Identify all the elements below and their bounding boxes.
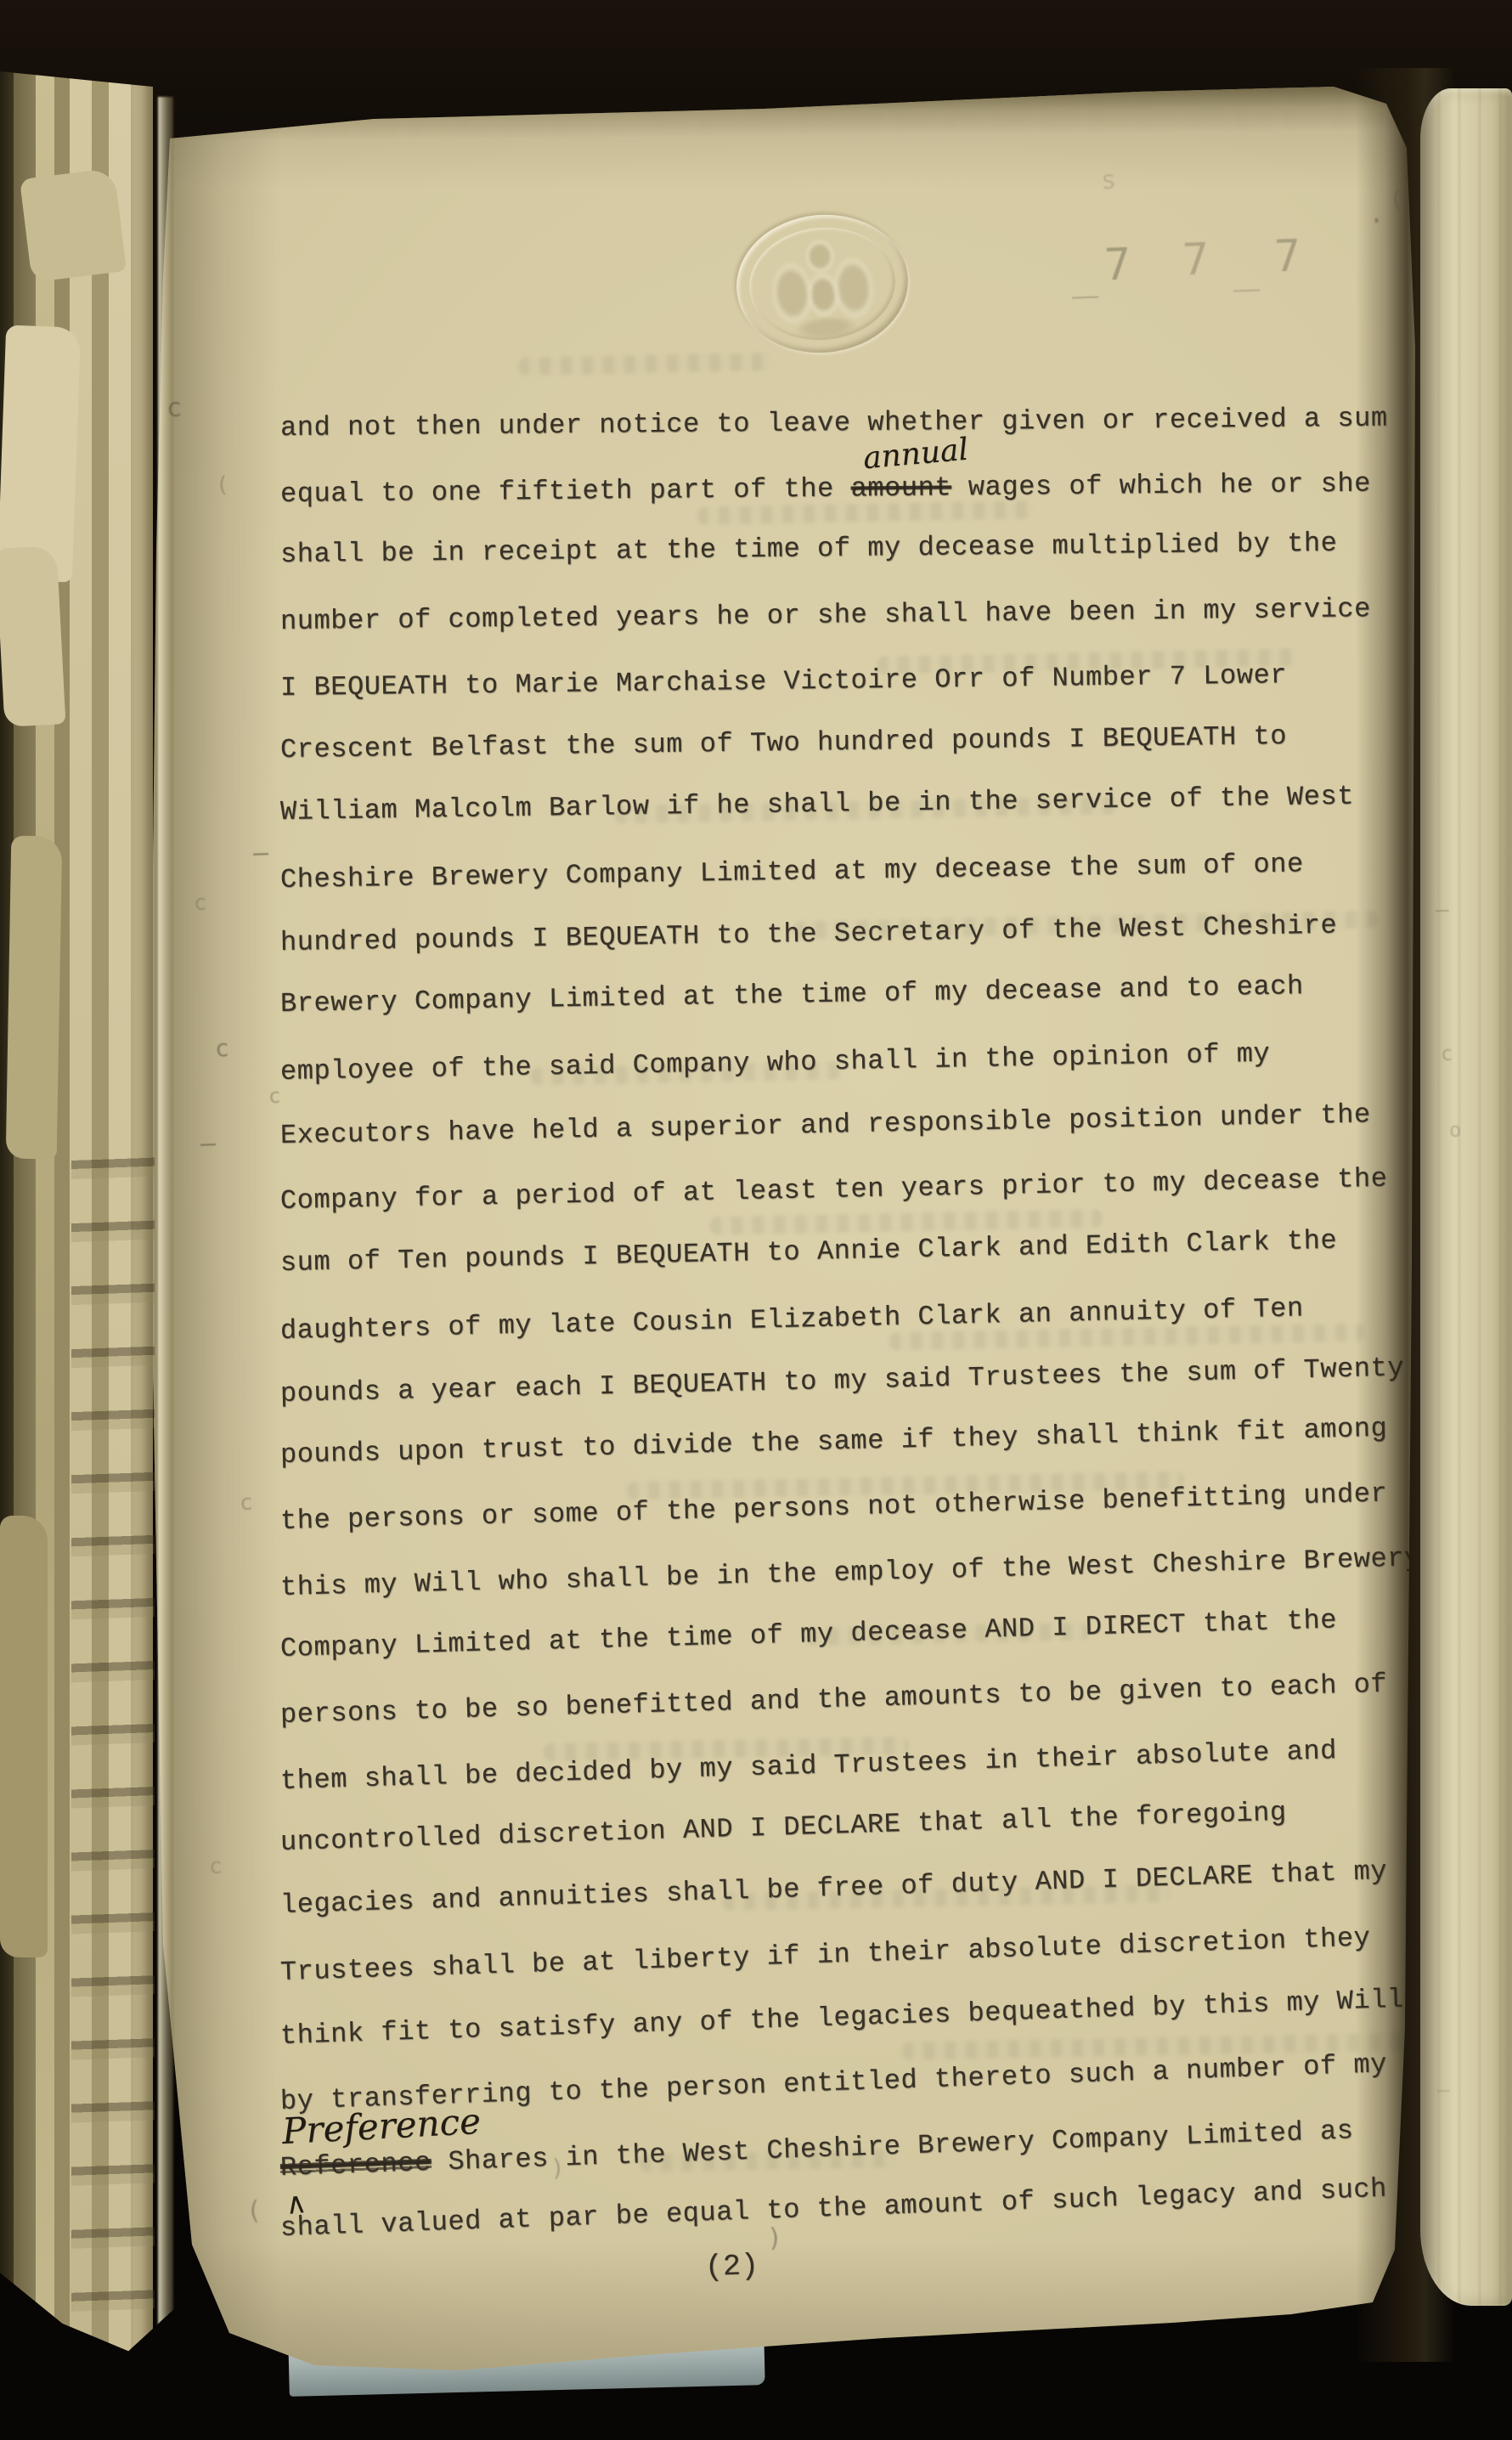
notched-page-edges [71,1116,155,2374]
torn-paper-chunk [6,836,63,1160]
page-number: (2) [704,2249,759,2285]
document-line: number of completed years he or she shal… [280,592,1371,639]
document-line: shall be in receipt at the time of my de… [280,527,1338,572]
book-photo: and not then under notice to leave wheth… [0,0,1512,2440]
document-line: persons to be so benefitted and the amou… [279,1668,1387,1732]
torn-paper-chunk [0,545,65,726]
document-line: employee of the said Company who shall i… [280,1037,1271,1089]
next-page-edge [1420,88,1512,2306]
document-line: the persons or some of the persons not o… [279,1477,1387,1539]
torn-paper-chunk [20,168,127,283]
document-line: daughters of my late Cousin Elizabeth Cl… [280,1291,1305,1348]
document-line: pounds a year each I BEQUEATH to my said… [280,1351,1405,1411]
struck-out-word: amount [850,472,951,504]
document-line: William Malcolm Barlow if he shall be in… [280,780,1355,829]
torn-paper-chunk [0,1516,48,1957]
document-line: Trustees shall be at liberty if in their… [279,1921,1371,1990]
document-line: them shall be decided by my said Trustee… [279,1734,1337,1799]
document-line: hundred pounds I BEQUEATH to the Secreta… [280,908,1338,959]
document-line: Brewery Company Limited at the time of m… [280,969,1304,1021]
document-line: pounds upon trust to divide the same if … [280,1412,1388,1472]
torn-paper-chunk [0,325,81,583]
document-line: uncontrolled discretion AND I DECLARE th… [279,1796,1287,1860]
document-line: shall valued at par be equal to the amou… [279,2172,1387,2245]
page-stack-left-edge [0,71,183,2379]
document-line: and not then under notice to leave wheth… [280,402,1388,445]
document-line: Company Limited at the time of my deceas… [279,1604,1337,1667]
document-line: I BEQUEATH to Marie Marchaise Victoire O… [280,658,1288,705]
document-line: Cheshire Brewery Company Limited at my d… [280,847,1304,897]
document-line: Company for a period of at least ten yea… [280,1162,1388,1218]
document-line: this my Will who shall be in the employ … [279,1541,1421,1605]
document-line: Crescent Belfast the sum of Two hundred … [280,719,1288,766]
document-line: equal to one fiftieth part of the amount… [280,466,1371,511]
document-line: Executors have held a superior and respo… [280,1098,1371,1153]
typewritten-text: and not then under notice to leave wheth… [119,75,1419,2379]
document-line: think fit to satisfy any of the legacies… [279,1982,1404,2053]
document-line: legacies and annuities shall be free of … [279,1855,1387,1923]
struck-out-word: Reference [279,2147,432,2183]
document-page: and not then under notice to leave wheth… [119,75,1419,2379]
document-line: sum of Ten pounds I BEQUEATH to Annie Cl… [280,1224,1338,1280]
page-rolled-edge-highlight [158,97,173,2340]
insertion-caret: ∧ [284,2186,308,2222]
